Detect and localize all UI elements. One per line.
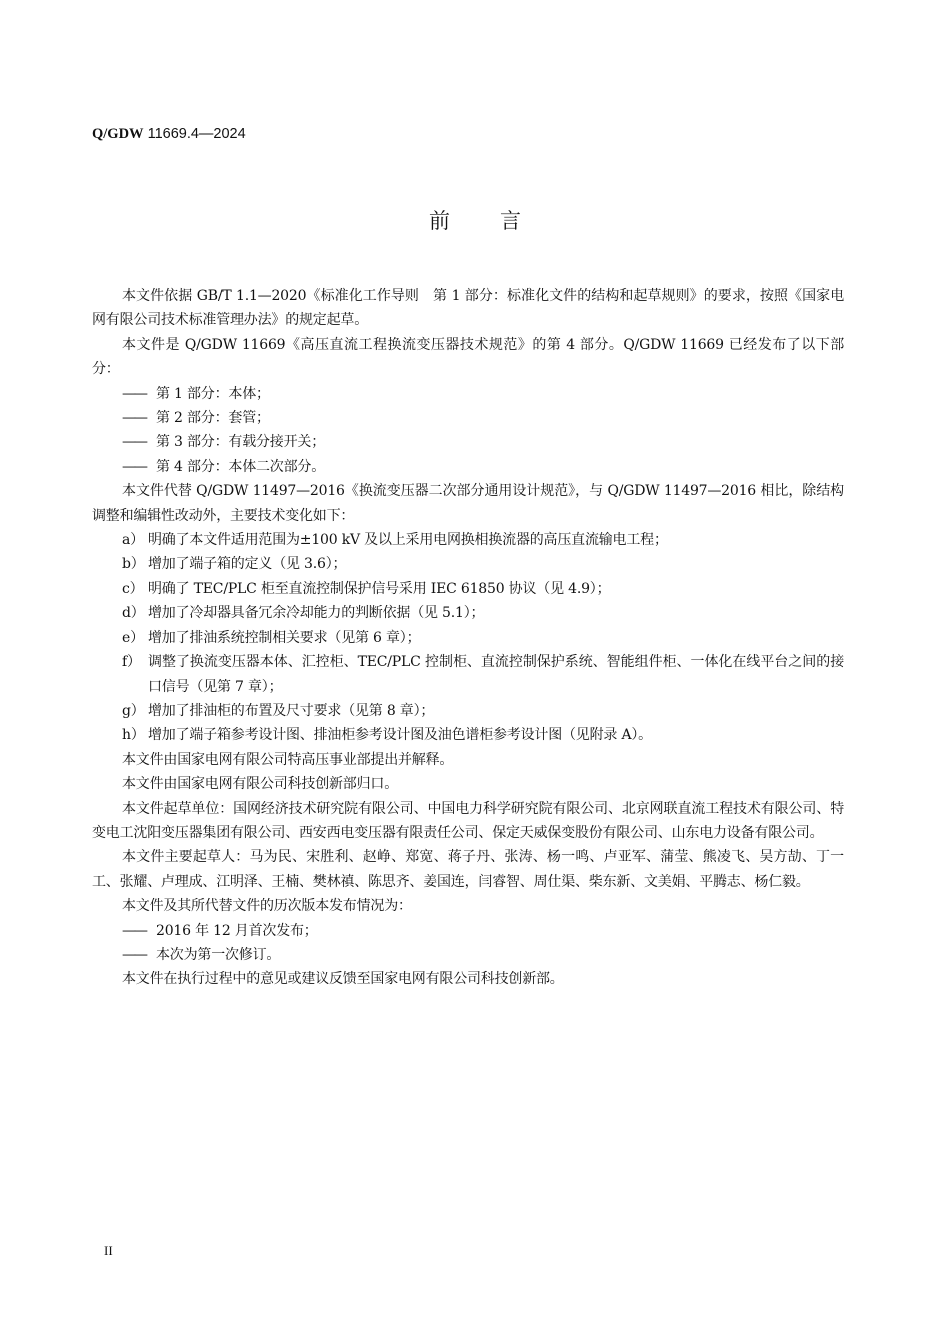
list-item: e）增加了排油系统控制相关要求（见第 6 章）；: [92, 626, 844, 650]
list-marker: e）: [122, 626, 148, 650]
list-marker: a）: [122, 528, 148, 552]
page-title: 前言: [0, 206, 950, 236]
page-title-char-1: 前: [429, 206, 450, 236]
paragraph-drafting-units: 本文件起草单位：国网经济技术研究院有限公司、中国电力科学研究院有限公司、北京网联…: [92, 797, 844, 846]
list-item: ——2016 年 12 月首次发布；: [92, 919, 844, 943]
document-page: Q/GDW 11669.4—2024 前言 本文件依据 GB/T 1.1—202…: [0, 0, 950, 1344]
list-item: g）增加了排油柜的布置及尺寸要求（见第 8 章）；: [92, 699, 844, 723]
list-marker: c）: [122, 577, 148, 601]
list-item: ——第 3 部分：有载分接开关；: [92, 430, 844, 454]
version-history-list: ——2016 年 12 月首次发布； ——本次为第一次修订。: [92, 919, 844, 968]
list-marker: f）: [122, 650, 148, 674]
list-item: a）明确了本文件适用范围为±100 kV 及以上采用电网换相换流器的高压直流输电…: [92, 528, 844, 552]
list-item: ——第 2 部分：套管；: [92, 406, 844, 430]
list-item: d）增加了冷却器具备冗余冷却能力的判断依据（见 5.1）；: [92, 601, 844, 625]
list-item: f）调整了换流变压器本体、汇控柜、TEC/PLC 控制柜、直流控制保护系统、智能…: [92, 650, 844, 699]
document-code-prefix: Q/GDW: [92, 126, 144, 142]
paragraph-version-history: 本文件及其所代替文件的历次版本发布情况为：: [92, 894, 844, 918]
paragraph-drafting-basis: 本文件依据 GB/T 1.1—2020《标准化工作导则 第 1 部分：标准化文件…: [92, 284, 844, 333]
paragraph-replacement: 本文件代替 Q/GDW 11497—2016《换流变压器二次部分通用设计规范》，…: [92, 479, 844, 528]
paragraph-proposer: 本文件由国家电网有限公司特高压事业部提出并解释。: [92, 748, 844, 772]
published-parts-list: ——第 1 部分：本体； ——第 2 部分：套管； ——第 3 部分：有载分接开…: [92, 382, 844, 480]
technical-changes-list: a）明确了本文件适用范围为±100 kV 及以上采用电网换相换流器的高压直流输电…: [92, 528, 844, 748]
list-item: c）明确了 TEC/PLC 柜至直流控制保护信号采用 IEC 61850 协议（…: [92, 577, 844, 601]
document-code-number: 11669.4—2024: [144, 126, 246, 142]
page-number: II: [104, 1242, 113, 1260]
list-item: h）增加了端子箱参考设计图、排油柜参考设计图及油色谱柜参考设计图（见附录 A）。: [92, 723, 844, 747]
list-item: ——第 1 部分：本体；: [92, 382, 844, 406]
paragraph-feedback: 本文件在执行过程中的意见或建议反馈至国家电网有限公司科技创新部。: [92, 967, 844, 991]
paragraph-series-part: 本文件是 Q/GDW 11669《高压直流工程换流变压器技术规范》的第 4 部分…: [92, 333, 844, 382]
paragraph-administrator: 本文件由国家电网有限公司科技创新部归口。: [92, 772, 844, 796]
list-item: ——第 4 部分：本体二次部分。: [92, 455, 844, 479]
foreword-body: 本文件依据 GB/T 1.1—2020《标准化工作导则 第 1 部分：标准化文件…: [92, 284, 844, 992]
list-marker: b）: [122, 552, 148, 576]
document-code-header: Q/GDW 11669.4—2024: [92, 124, 246, 144]
page-title-char-2: 言: [500, 206, 521, 236]
paragraph-drafters: 本文件主要起草人：马为民、宋胜利、赵峥、郑宽、蒋子丹、张涛、杨一鸣、卢亚军、蒲莹…: [92, 845, 844, 894]
list-marker: h）: [122, 723, 148, 747]
list-marker: d）: [122, 601, 148, 625]
list-item: ——本次为第一次修订。: [92, 943, 844, 967]
list-item: b）增加了端子箱的定义（见 3.6）；: [92, 552, 844, 576]
list-marker: g）: [122, 699, 148, 723]
